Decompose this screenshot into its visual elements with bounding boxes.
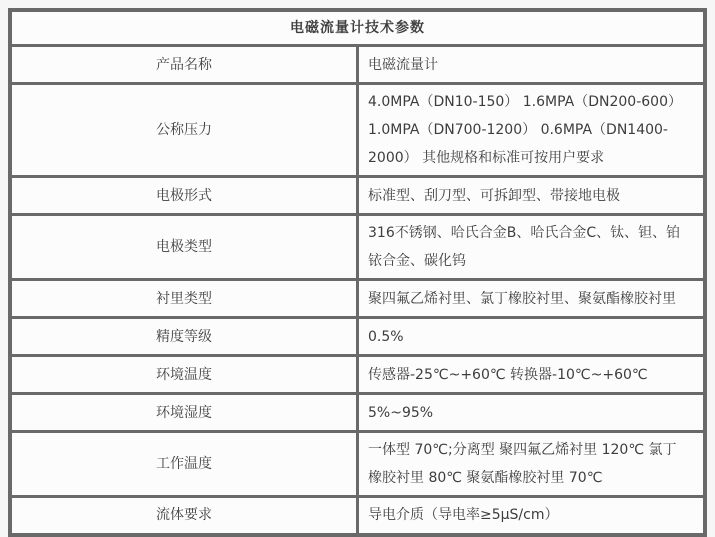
row-value: 316不锈钢、哈氏合金B、哈氏合金C、钛、钽、铂铱合金、碳化钨 — [358, 215, 706, 280]
row-value: 5%~95% — [358, 394, 706, 432]
row-value: 聚四氟乙烯衬里、氯丁橡胶衬里、聚氨酯橡胶衬里 — [358, 280, 706, 318]
row-label: 公称压力 — [10, 84, 358, 177]
row-label: 衬里类型 — [10, 280, 358, 318]
row-label: 产品名称 — [10, 46, 358, 84]
row-value: 传感器-25℃~+60℃ 转换器-10℃~+60℃ — [358, 356, 706, 394]
row-value: 导电介质（导电率≥5μS/cm） — [358, 497, 706, 535]
row-value: 标准型、刮刀型、可拆卸型、带接地电极 — [358, 177, 706, 215]
row-label: 电极形式 — [10, 177, 358, 215]
row-label: 环境温度 — [10, 356, 358, 394]
table-row-accuracy-grade: 精度等级 0.5% — [10, 318, 705, 356]
row-value: 0.5% — [358, 318, 706, 356]
row-label: 流体要求 — [10, 497, 358, 535]
table-row-lining-type: 衬里类型 聚四氟乙烯衬里、氯丁橡胶衬里、聚氨酯橡胶衬里 — [10, 280, 705, 318]
row-label: 电极类型 — [10, 215, 358, 280]
table-row-ambient-humidity: 环境湿度 5%~95% — [10, 394, 705, 432]
row-label: 环境湿度 — [10, 394, 358, 432]
page: 电磁流量计技术参数 产品名称 电磁流量计 公称压力 4.0MPA（DN10-15… — [0, 0, 715, 487]
row-label: 精度等级 — [10, 318, 358, 356]
row-value: 4.0MPA（DN10-150） 1.6MPA（DN200-600） 1.0MP… — [358, 84, 706, 177]
table-row-electrode-type: 电极类型 316不锈钢、哈氏合金B、哈氏合金C、钛、钽、铂铱合金、碳化钨 — [10, 215, 705, 280]
table-row-product-name: 产品名称 电磁流量计 — [10, 46, 705, 84]
table-row-ambient-temperature: 环境温度 传感器-25℃~+60℃ 转换器-10℃~+60℃ — [10, 356, 705, 394]
table-row-nominal-pressure: 公称压力 4.0MPA（DN10-150） 1.6MPA（DN200-600） … — [10, 84, 705, 177]
spec-table: 电磁流量计技术参数 产品名称 电磁流量计 公称压力 4.0MPA（DN10-15… — [8, 8, 707, 537]
table-row-fluid-requirement: 流体要求 导电介质（导电率≥5μS/cm） — [10, 497, 705, 535]
table-row-electrode-form: 电极形式 标准型、刮刀型、可拆卸型、带接地电极 — [10, 177, 705, 215]
table-title: 电磁流量计技术参数 — [10, 10, 705, 46]
row-value: 电磁流量计 — [358, 46, 706, 84]
title-row: 电磁流量计技术参数 — [10, 10, 705, 46]
